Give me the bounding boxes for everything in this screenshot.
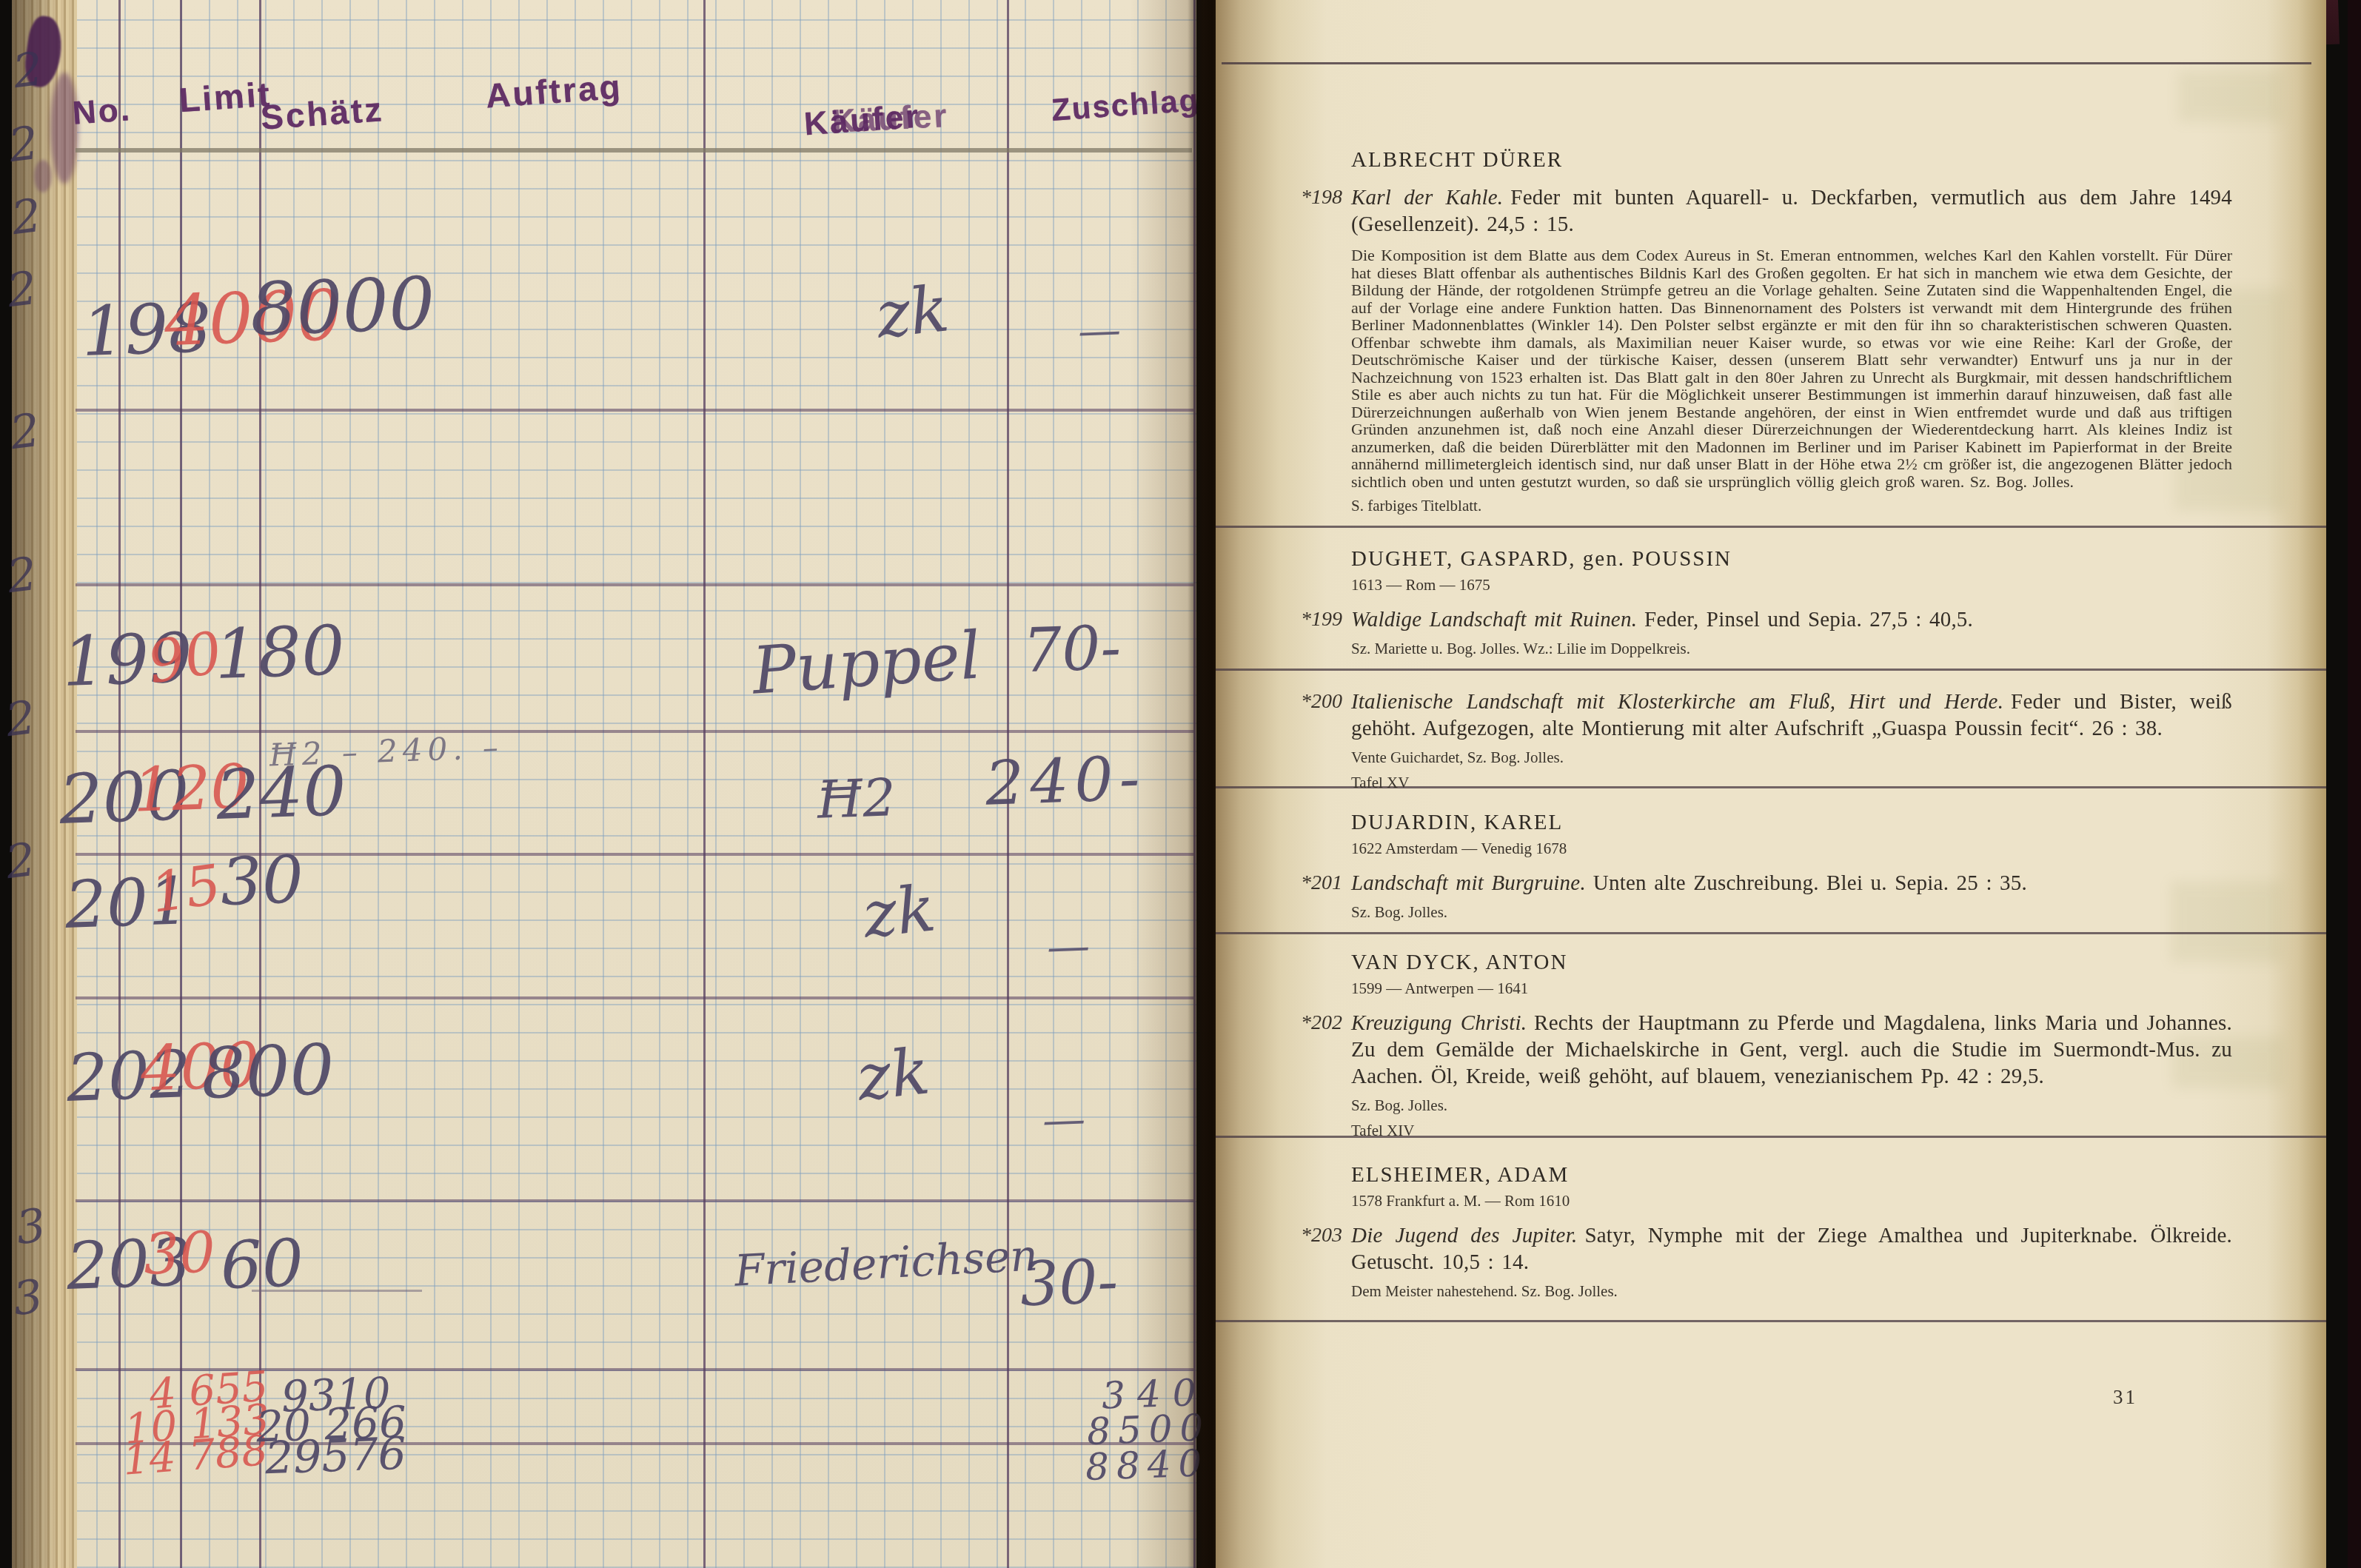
cell-schaetz: 8000 — [249, 262, 436, 353]
header-kaeufer-overstamp: Käufer — [831, 98, 950, 141]
total-limit: 14 788 — [121, 1427, 269, 1485]
lot-reference: Sz. Bog. Jolles. — [1351, 1096, 2232, 1115]
cell-zuschlag: — — [1077, 304, 1122, 356]
lot-number: *199 — [1287, 608, 1342, 631]
lot-reference: Sz. Mariette u. Bog. Jolles. Wz.: Lilie … — [1351, 640, 2232, 658]
lot-description: Kreuzigung Christi.Rechts der Hauptmann … — [1351, 1010, 2232, 1090]
lot-title: Die Jugend des Jupiter. — [1351, 1224, 1577, 1247]
header-auftrag: Auftrag — [484, 67, 623, 116]
plate-reference: Tafel XV — [1351, 774, 2232, 792]
artist-dates: 1599 — Antwerpen — 1641 — [1351, 979, 2232, 998]
lot-text: Feder, Pinsel und Sepia. 27,5 : 40,5. — [1644, 608, 1973, 631]
lot-title: Kreuzigung Christi. — [1351, 1011, 1527, 1035]
cell-zuschlag: 240- — [984, 743, 1146, 819]
catalog-page: ALBRECHT DÜRER *198 Karl der Kahle.Feder… — [1216, 0, 2326, 1568]
page-edge-stack-right — [2298, 0, 2326, 1568]
cell-limit: 15 — [147, 853, 224, 925]
artist-dates: 1578 Frankfurt a. M. — Rom 1610 — [1351, 1192, 2232, 1210]
lot-reference: S. farbiges Titelblatt. — [1351, 497, 2232, 515]
book-cover-edge-right — [2348, 0, 2361, 1568]
catalog-entry: *201 Landschaft mit Burgruine.Unten alte… — [1351, 870, 2232, 922]
lot-description: Waldige Landschaft mit Ruinen.Feder, Pin… — [1351, 606, 2232, 633]
artist-dates: 1622 Amsterdam — Venedig 1678 — [1351, 840, 2232, 858]
cell-schaetz: 30 — [219, 841, 305, 920]
artist-heading: VAN DYCK, ANTON — [1351, 951, 2232, 975]
header-zuschlag: Zuschlag — [1051, 82, 1201, 128]
cell-auftrag: Ħ2 – 240. – — [269, 729, 503, 774]
artist-heading: DUGHET, GASPARD, gen. POUSSIN — [1351, 547, 2232, 572]
catalog-content: ALBRECHT DÜRER *198 Karl der Kahle.Feder… — [1216, 0, 2326, 1322]
lot-description: Die Jugend des Jupiter.Satyr, Nymphe mit… — [1351, 1222, 2232, 1276]
cell-limit: 30 — [142, 1219, 216, 1287]
lot-title: Italienische Landschaft mit Klosterkirch… — [1351, 690, 2003, 714]
page-number: 31 — [2113, 1386, 2137, 1409]
artist-heading: ALBRECHT DÜRER — [1351, 148, 2232, 172]
catalog-entry: *199 Waldige Landschaft mit Ruinen.Feder… — [1351, 606, 2232, 658]
lot-number: *200 — [1287, 690, 1342, 714]
ledger-page: No. Limit Schätz Auftrag Käufer Käufer Z… — [12, 0, 1196, 1568]
cell-zuschlag: 70- — [1022, 613, 1122, 687]
catalog-entry: *198 Karl der Kahle.Feder mit bunten Aqu… — [1351, 184, 2232, 515]
artist-heading: ELSHEIMER, ADAM — [1351, 1163, 2232, 1187]
header-underline — [76, 148, 1192, 153]
catalog-entry: *200 Italienische Landschaft mit Kloster… — [1351, 688, 2232, 792]
lot-description: Italienische Landschaft mit Klosterkirch… — [1351, 688, 2232, 742]
total-schaetz: 29576 — [264, 1428, 407, 1485]
plate-reference: Tafel XIV — [1351, 1122, 2232, 1140]
catalog-entry: *203 Die Jugend des Jupiter.Satyr, Nymph… — [1351, 1222, 2232, 1301]
lot-number: *202 — [1287, 1011, 1342, 1035]
row-rule — [76, 583, 1193, 586]
row-rule — [76, 996, 1193, 999]
cell-schaetz: 180 — [213, 611, 346, 694]
row-rule — [76, 1199, 1193, 1202]
section-rule — [1216, 526, 2326, 528]
column-rule — [703, 0, 706, 1568]
artist-dates: 1613 — Rom — 1675 — [1351, 576, 2232, 594]
lot-title: Waldige Landschaft mit Ruinen. — [1351, 608, 1637, 631]
lot-description: Landschaft mit Burgruine.Unten alte Zusc… — [1351, 870, 2232, 897]
lot-number: *203 — [1287, 1224, 1342, 1247]
lot-title: Landschaft mit Burgruine. — [1351, 871, 1586, 895]
lot-description: Karl der Kahle.Feder mit bunten Aquarell… — [1351, 184, 2232, 238]
cell-zuschlag: 30- — [1019, 1247, 1119, 1321]
lot-note: Die Komposition ist dem Blatte aus dem C… — [1351, 247, 2232, 490]
book-photo: No. Limit Schätz Auftrag Käufer Käufer Z… — [0, 0, 2361, 1568]
cell-zuschlag: — — [1042, 1093, 1086, 1145]
lot-reference: Sz. Bog. Jolles. — [1351, 903, 2232, 922]
lot-text: Unten alte Zuschreibung. Blei u. Sepia. … — [1593, 871, 2027, 895]
section-rule — [1216, 1320, 2326, 1322]
cell-kaeufer: zk — [873, 272, 952, 353]
lot-reference: Dem Meister nahestehend. Sz. Bog. Jolles… — [1351, 1282, 2232, 1301]
row-rule — [76, 730, 1193, 733]
cell-schaetz: 60 — [219, 1224, 305, 1304]
cell-kaeufer: zk — [854, 1034, 933, 1116]
header-no: No. — [71, 91, 133, 132]
lot-number: *198 — [1287, 186, 1342, 210]
cell-zuschlag: — — [1046, 920, 1091, 972]
cell-kaeufer: Ħ2 — [817, 767, 897, 831]
cell-kaeufer: Friederichsen — [734, 1230, 1039, 1296]
cell-kaeufer: zk — [860, 871, 939, 953]
cell-schaetz: 800 — [200, 1030, 335, 1115]
catalog-entry: *202 Kreuzigung Christi.Rechts der Haupt… — [1351, 1010, 2232, 1140]
lot-reference: Vente Guichardet, Sz. Bog. Jolles. — [1351, 748, 2232, 767]
section-rule — [1216, 669, 2326, 671]
row-rule — [76, 409, 1193, 412]
section-rule — [1216, 932, 2326, 934]
header-schaetz: Schätz — [259, 89, 385, 137]
lot-title: Karl der Kahle. — [1351, 186, 1503, 210]
cell-kaeufer: Puppel — [750, 617, 983, 708]
lot-number: *201 — [1287, 871, 1342, 895]
artist-heading: DUJARDIN, KAREL — [1351, 811, 2232, 835]
